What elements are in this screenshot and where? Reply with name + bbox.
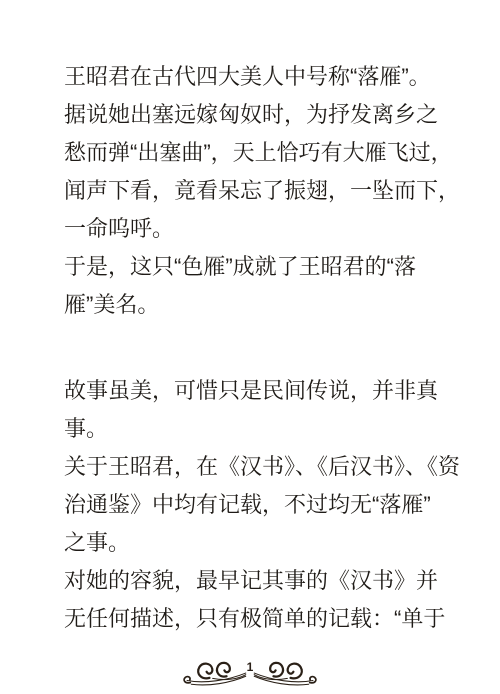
text-line: 对她的容貌，最早记其事的《汉书》并 <box>64 562 442 600</box>
text-line: 雁”美名。 <box>64 286 442 324</box>
text-line: 一命呜呼。 <box>64 210 442 248</box>
paragraph-gap <box>64 324 442 372</box>
text-line: 于是，这只“色雁”成就了王昭君的“落 <box>64 248 442 286</box>
text-line: 据说她出塞远嫁匈奴时，为抒发离乡之 <box>64 96 442 134</box>
text-line: 故事虽美，可惜只是民间传说，并非真 <box>64 372 442 410</box>
page-number: 1 <box>247 660 254 674</box>
text-line: 治通鉴》中均有记载，不过均无“落雁” <box>64 486 442 524</box>
text-line: 事。 <box>64 410 442 448</box>
text-line: 之事。 <box>64 524 442 562</box>
text-line: 愁而弹“出塞曲”，天上恰巧有大雁飞过， <box>64 134 442 172</box>
text-line: 王昭君在古代四大美人中号称“落雁”。 <box>64 58 442 96</box>
ebook-page[interactable]: 王昭君在古代四大美人中号称“落雁”。 据说她出塞远嫁匈奴时，为抒发离乡之 愁而弹… <box>0 0 500 694</box>
text-line: 闻声下看，竟看呆忘了振翅，一坠而下， <box>64 172 442 210</box>
text-line: 无任何描述，只有极简单的记载：“单于 <box>64 600 442 638</box>
text-block: 王昭君在古代四大美人中号称“落雁”。 据说她出塞远嫁匈奴时，为抒发离乡之 愁而弹… <box>64 58 442 638</box>
text-line: 关于王昭君，在《汉书》、《后汉书》、《资 <box>64 448 442 486</box>
footer-ornament: 1 <box>175 656 325 688</box>
page-footer: 1 <box>0 654 500 690</box>
